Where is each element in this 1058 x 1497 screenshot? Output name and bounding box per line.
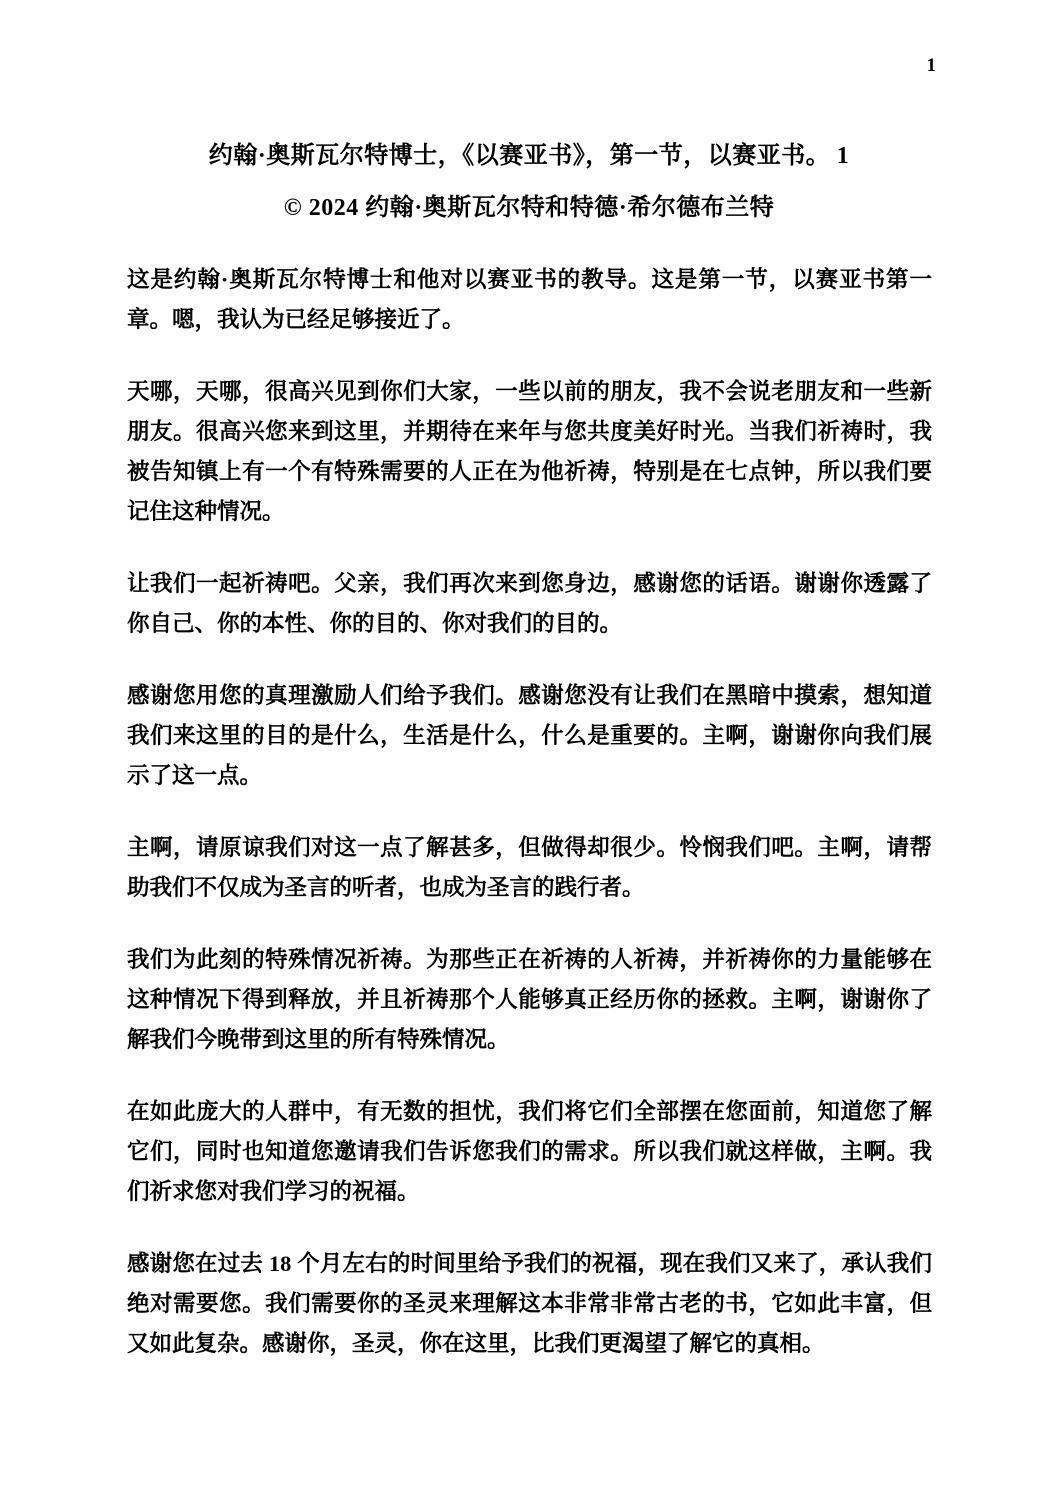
- document-body: 这是约翰·奥斯瓦尔特博士和他对以赛亚书的教导。这是第一节，以赛亚书第一章。嗯，我…: [0, 234, 1058, 1364]
- document-copyright-line: © 2024 约翰·奥斯瓦尔特和特德·希尔德布兰特: [120, 182, 938, 234]
- paragraph-special-situation: 我们为此刻的特殊情况祈祷。为那些正在祈祷的人祈祷，并祈祷你的力量能够在这种情况下…: [127, 940, 932, 1060]
- document-header: 约翰·奥斯瓦尔特博士，《以赛亚书》，第一节，以赛亚书。 1 © 2024 约翰·…: [0, 0, 1058, 234]
- document-title-line-1: 约翰·奥斯瓦尔特博士，《以赛亚书》，第一节，以赛亚书。 1: [120, 130, 938, 182]
- document-page: 1 约翰·奥斯瓦尔特博士，《以赛亚书》，第一节，以赛亚书。 1 © 2024 约…: [0, 0, 1058, 1497]
- paragraph-intro: 这是约翰·奥斯瓦尔特博士和他对以赛亚书的教导。这是第一节，以赛亚书第一章。嗯，我…: [127, 260, 932, 340]
- paragraph-forgiveness: 主啊，请原谅我们对这一点了解甚多，但做得却很少。怜悯我们吧。主啊，请帮助我们不仅…: [127, 828, 932, 908]
- paragraph-prayer-open: 让我们一起祈祷吧。父亲，我们再次来到您身边，感谢您的话语。谢谢你透露了你自己、你…: [127, 564, 932, 644]
- paragraph-thanks-truth: 感谢您用您的真理激励人们给予我们。感谢您没有让我们在黑暗中摸索，想知道我们来这里…: [127, 676, 932, 796]
- paragraph-greeting: 天哪，天哪，很高兴见到你们大家，一些以前的朋友，我不会说老朋友和一些新朋友。很高…: [127, 372, 932, 532]
- paragraph-concerns: 在如此庞大的人群中，有无数的担忧，我们将它们全部摆在您面前，知道您了解它们，同时…: [127, 1092, 932, 1212]
- page-number: 1: [927, 56, 937, 75]
- paragraph-blessing-18-months: 感谢您在过去 18 个月左右的时间里给予我们的祝福，现在我们又来了，承认我们绝对…: [127, 1244, 932, 1364]
